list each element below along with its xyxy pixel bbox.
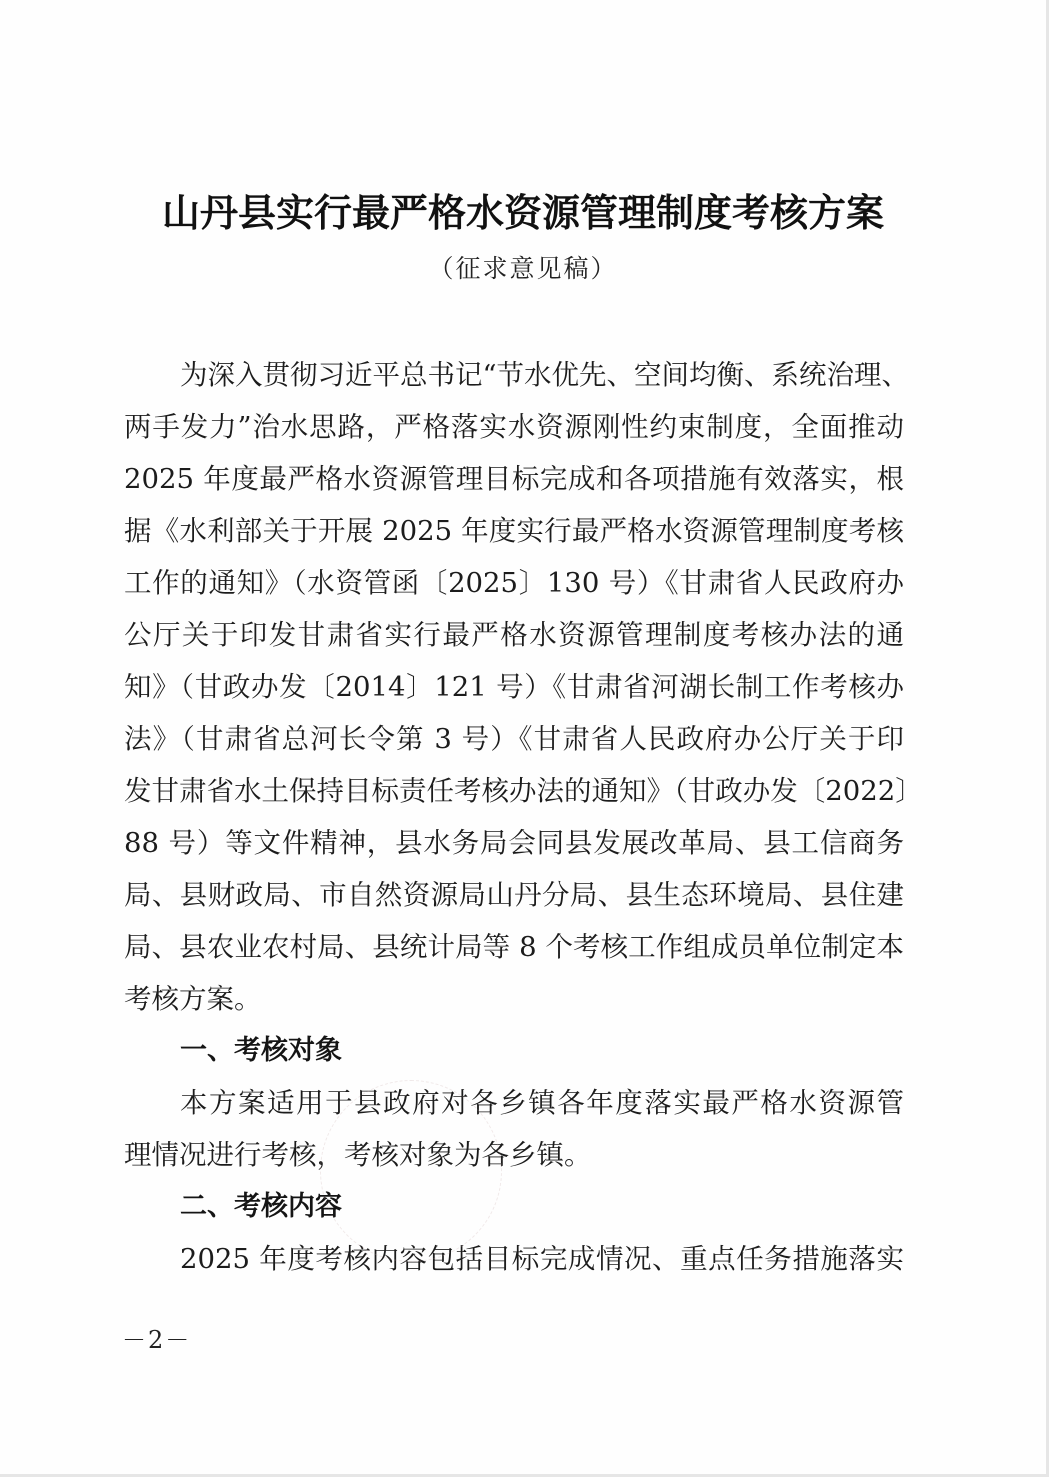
- section-assessment-content: 二、考核内容 2025 年度考核内容包括目标完成情况、重点任务措施落实: [124, 1181, 904, 1285]
- text-line: 知》（甘政办发〔2014〕121 号）《甘肃省河湖长制工作考核办: [124, 661, 904, 713]
- section-heading: 一、考核对象: [124, 1025, 904, 1077]
- text-line: 本方案适用于县政府对各乡镇各年度落实最严格水资源管: [124, 1077, 904, 1129]
- text-line: 2025 年度考核内容包括目标完成情况、重点任务措施落实: [124, 1233, 904, 1285]
- text-line: 公厅关于印发甘肃省实行最严格水资源管理制度考核办法的通: [124, 609, 904, 661]
- text-line: 据《水利部关于开展 2025 年度实行最严格水资源管理制度考核: [124, 505, 904, 557]
- text-line: 局、县农业农村局、县统计局等 8 个考核工作组成员单位制定本: [124, 921, 904, 973]
- text-line: 考核方案。: [124, 973, 904, 1025]
- text-line: 88 号）等文件精神，县水务局会同县发展改革局、县工信商务: [124, 817, 904, 869]
- text-line: 2025 年度最严格水资源管理目标完成和各项措施有效落实，根: [124, 453, 904, 505]
- text-line: 法》（甘肃省总河长令第 3 号）《甘肃省人民政府办公厅关于印: [124, 713, 904, 765]
- document-subtitle: （征求意见稿）: [0, 253, 1046, 285]
- section-assessment-target: 一、考核对象 本方案适用于县政府对各乡镇各年度落实最严格水资源管 理情况进行考核…: [124, 1025, 904, 1181]
- text-line: 两手发力”治水思路，严格落实水资源刚性约束制度，全面推动: [124, 401, 904, 453]
- text-line: 工作的通知》（水资管函〔2025〕130 号）《甘肃省人民政府办: [124, 557, 904, 609]
- section-heading: 二、考核内容: [124, 1181, 904, 1233]
- text-line: 理情况进行考核，考核对象为各乡镇。: [124, 1129, 904, 1181]
- document-title: 山丹县实行最严格水资源管理制度考核方案: [0, 190, 1046, 236]
- text-line: 发甘肃省水土保持目标责任考核办法的通知》（甘政办发〔2022〕: [124, 765, 904, 817]
- text-line: 局、县财政局、市自然资源局山丹分局、县生态环境局、县住建: [124, 869, 904, 921]
- text-line: 为深入贯彻习近平总书记“节水优先、空间均衡、系统治理、: [124, 349, 904, 401]
- document-page: 山丹县实行最严格水资源管理制度考核方案 （征求意见稿） 为深入贯彻习近平总书记“…: [0, 0, 1049, 1477]
- document-body: 为深入贯彻习近平总书记“节水优先、空间均衡、系统治理、 两手发力”治水思路，严格…: [124, 349, 904, 1285]
- intro-paragraph: 为深入贯彻习近平总书记“节水优先、空间均衡、系统治理、 两手发力”治水思路，严格…: [124, 349, 904, 1025]
- page-number: －2－: [122, 1320, 191, 1355]
